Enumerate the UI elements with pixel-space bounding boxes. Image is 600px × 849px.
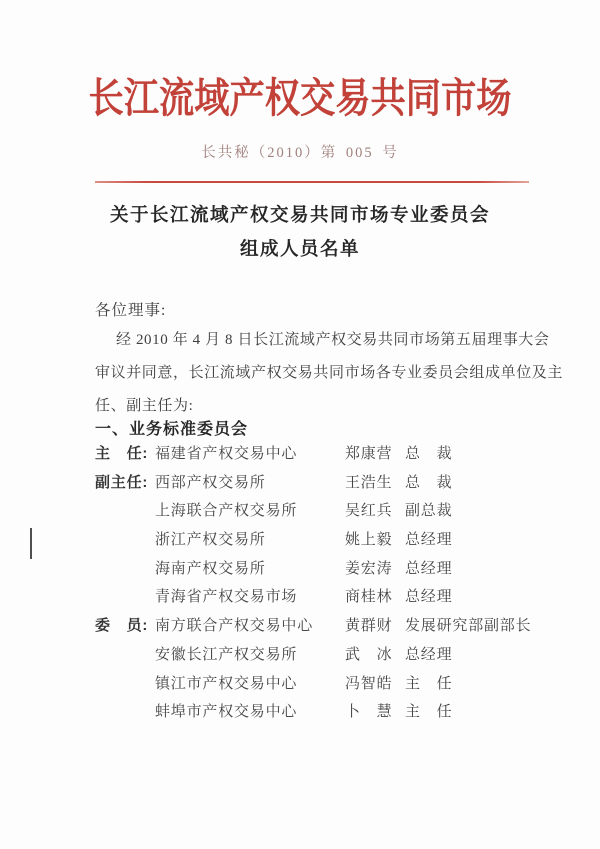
member-organization: 安徽长江产权交易所 xyxy=(155,641,297,670)
member-title: 总经理 xyxy=(405,583,452,612)
member-role-label: 主 任: xyxy=(95,440,148,469)
member-title: 总 裁 xyxy=(405,469,452,498)
member-organization: 青海省产权交易市场 xyxy=(155,583,297,612)
member-role-label: 委 员: xyxy=(95,612,148,641)
member-row: 镇江市产权交易中心 冯智皓 主 任 xyxy=(95,670,555,699)
section-heading: 一、业务标准委员会 xyxy=(95,416,248,439)
member-role-label: 副主任: xyxy=(95,469,148,498)
member-organization: 镇江市产权交易中心 xyxy=(155,670,297,699)
member-name: 姜宏涛 xyxy=(345,555,392,584)
member-organization: 浙江产权交易所 xyxy=(155,526,266,555)
member-row: 委 员: 南方联合产权交易中心 黄群财 发展研究部副部长 xyxy=(95,612,555,641)
letterhead-title: 长江流域产权交易共同市场 xyxy=(42,74,558,122)
body-paragraph: 经 2010 年 4 月 8 日长江流域产权交易共同市场第五届理事大会 审议并同… xyxy=(95,324,555,423)
member-row: 青海省产权交易市场 商桂林 总经理 xyxy=(95,583,555,612)
member-name: 武 冰 xyxy=(345,641,392,670)
document-title-line2: 组成人员名单 xyxy=(0,235,600,261)
member-row: 上海联合产权交易所 吴红兵 副总裁 xyxy=(95,497,555,526)
member-row: 主 任: 福建省产权交易中心 郑康营 总 裁 xyxy=(95,440,555,469)
member-organization: 海南产权交易所 xyxy=(155,555,266,584)
salutation: 各位理事: xyxy=(95,298,166,320)
member-organization: 上海联合产权交易所 xyxy=(155,497,297,526)
member-row: 蚌埠市产权交易中心 卜 慧 主 任 xyxy=(95,698,555,727)
member-title: 总 裁 xyxy=(405,440,452,469)
document-title-line1: 关于长江流域产权交易共同市场专业委员会 xyxy=(0,201,600,227)
scan-margin-artifact-line xyxy=(30,528,32,559)
member-title: 总经理 xyxy=(405,641,452,670)
member-name: 吴红兵 xyxy=(345,497,392,526)
member-row: 副主任: 西部产权交易所 王浩生 总 裁 xyxy=(95,469,555,498)
red-divider-rule xyxy=(95,181,529,183)
member-title: 副总裁 xyxy=(405,497,452,526)
member-name: 姚上毅 xyxy=(345,526,392,555)
member-name: 冯智皓 xyxy=(345,670,392,699)
member-row: 海南产权交易所 姜宏涛 总经理 xyxy=(95,555,555,584)
member-title: 总经理 xyxy=(405,526,452,555)
member-organization: 西部产权交易所 xyxy=(155,469,266,498)
member-name: 商桂林 xyxy=(345,583,392,612)
scanned-document-page: 长江流域产权交易共同市场 长共秘（2010）第 005 号 关于长江流域产权交易… xyxy=(0,0,600,849)
member-title: 主 任 xyxy=(405,670,452,699)
member-name: 黄群财 xyxy=(345,612,392,641)
member-organization: 福建省产权交易中心 xyxy=(155,440,297,469)
member-organization: 南方联合产权交易中心 xyxy=(155,612,313,641)
member-organization: 蚌埠市产权交易中心 xyxy=(155,698,297,727)
member-title: 发展研究部副部长 xyxy=(405,612,531,641)
member-name: 王浩生 xyxy=(345,469,392,498)
member-title: 总经理 xyxy=(405,555,452,584)
member-list: 主 任: 福建省产权交易中心 郑康营 总 裁 副主任: 西部产权交易所 王浩生 … xyxy=(95,440,555,727)
member-row: 浙江产权交易所 姚上毅 总经理 xyxy=(95,526,555,555)
document-number: 长共秘（2010）第 005 号 xyxy=(0,141,600,162)
body-paragraph-line: 审议并同意，长江流域产权交易共同市场各专业委员会组成单位及主 xyxy=(95,357,555,390)
body-paragraph-line: 经 2010 年 4 月 8 日长江流域产权交易共同市场第五届理事大会 xyxy=(95,324,555,357)
member-row: 安徽长江产权交易所 武 冰 总经理 xyxy=(95,641,555,670)
member-name: 卜 慧 xyxy=(345,698,392,727)
member-title: 主 任 xyxy=(405,698,452,727)
member-name: 郑康营 xyxy=(345,440,392,469)
